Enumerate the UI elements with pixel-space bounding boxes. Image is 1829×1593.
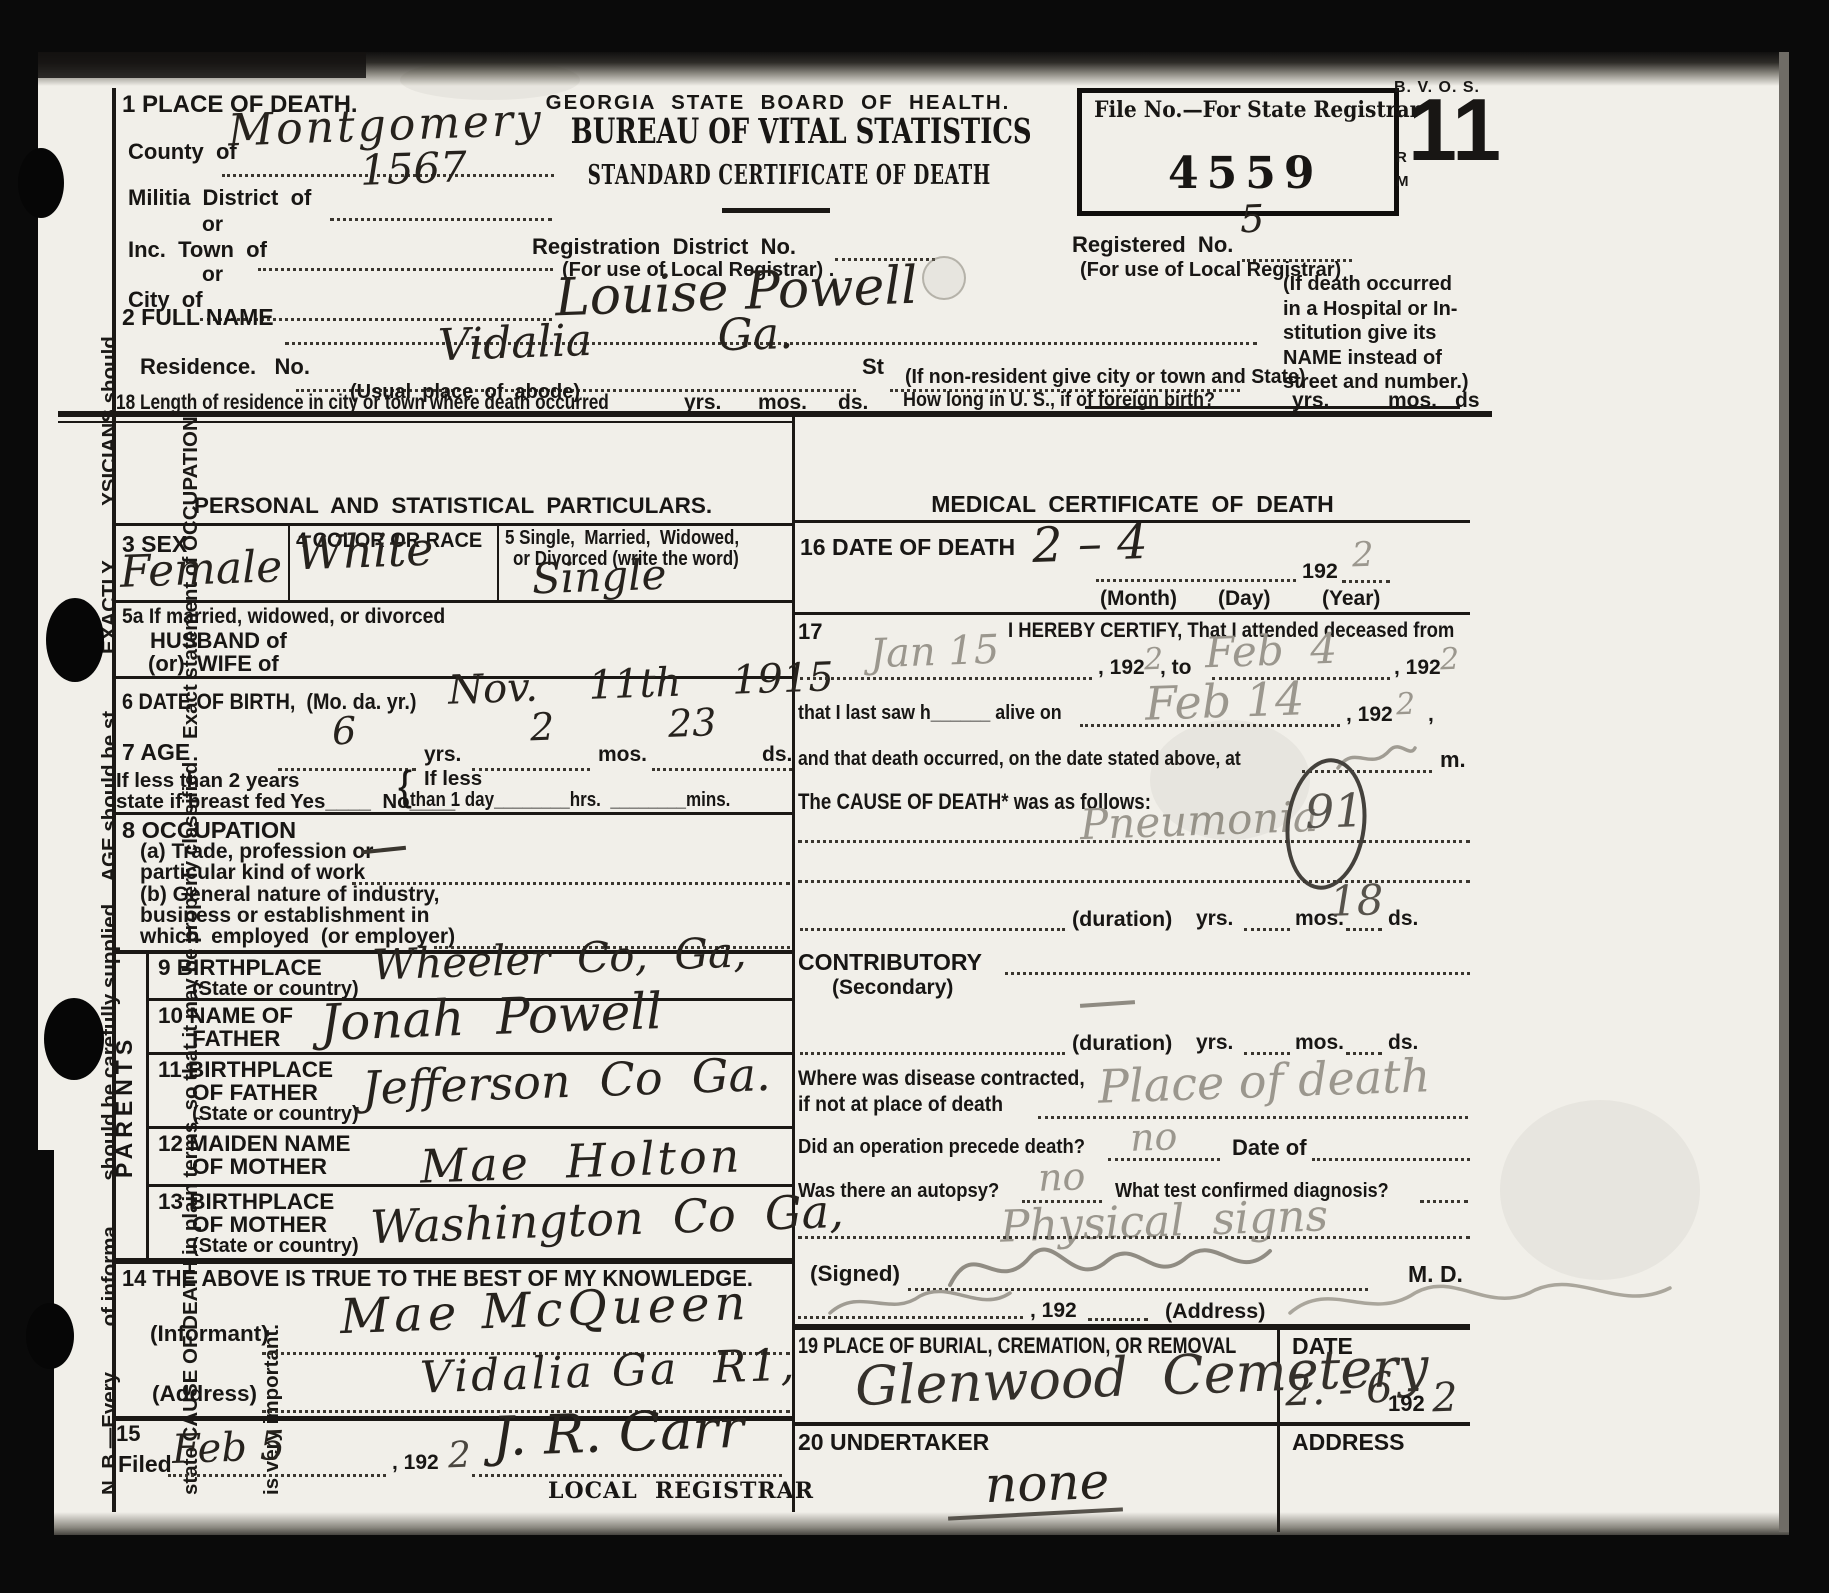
local-registrar-label: LOCAL REGISTRAR	[548, 1480, 814, 1503]
short-rule	[1085, 406, 1460, 409]
or-label: or	[202, 264, 223, 286]
frame-right-shadow	[1779, 52, 1789, 1532]
age-years-value: 6	[331, 712, 356, 751]
undertaker-value: none	[984, 1456, 1110, 1510]
state-country-note: (State or country)	[192, 1236, 359, 1257]
dotted-line	[1108, 1158, 1220, 1161]
contributory-label: CONTRIBUTORY	[798, 950, 982, 974]
county-label: County of	[128, 140, 237, 163]
age-months-value: 2	[529, 708, 554, 747]
occupation-a-label-1: (a) Trade, profession or	[140, 841, 373, 863]
dob-label: 6 DATE OF BIRTH, (Mo. da. yr.)	[122, 690, 416, 713]
marital-label-1: 5 Single, Married, Widowed,	[505, 528, 739, 549]
corner-stamp-m: M	[1396, 174, 1409, 190]
item-17-number: 17	[798, 620, 822, 643]
marital-value: Single	[531, 554, 667, 601]
dotted-line	[168, 1474, 386, 1477]
title-underline	[722, 208, 830, 213]
operation-value: no	[1129, 1117, 1178, 1157]
yrs-label: yrs.	[1196, 1032, 1233, 1054]
month-label: (Month)	[1100, 588, 1177, 610]
ds-label: ds.	[762, 744, 792, 766]
local-registrar-signature: J. R. Carr	[491, 1402, 745, 1465]
rule	[795, 1422, 1470, 1426]
year-printed: , 192	[1394, 657, 1441, 679]
occupation-b-label-2: business or establishment in	[140, 905, 429, 927]
ds-label: ds.	[1388, 908, 1418, 930]
frame-bottom	[0, 1535, 1829, 1593]
militia-district-label: Militia District of	[128, 186, 311, 209]
last-saw-value: Feb 14	[1144, 675, 1305, 727]
dotted-line	[1096, 579, 1296, 582]
date-of-label: Date of	[1232, 1136, 1307, 1159]
dotted-line	[1420, 1200, 1468, 1203]
date-scrawl	[820, 1278, 1020, 1323]
inc-town-label: Inc. Town of	[128, 238, 267, 261]
parents-vertical-label: PARENTS	[112, 954, 146, 1258]
burial-year-digit: 2	[1431, 1378, 1458, 1419]
filed-year-digit: 2	[447, 1438, 471, 1475]
state-country-note: (State or country)	[192, 1104, 359, 1125]
age-label: 7 AGE	[122, 740, 190, 764]
autopsy-value: no	[1037, 1157, 1086, 1197]
year-printed: 192	[1388, 1392, 1425, 1415]
file-number-value: 4559	[1168, 151, 1322, 197]
watermark-circle	[922, 256, 966, 300]
heavy-rule	[795, 1324, 1470, 1330]
dotted-line	[800, 928, 1065, 931]
duration-label: (duration)	[1072, 1032, 1172, 1055]
dotted-line	[472, 1474, 782, 1477]
mos-label: mos.	[598, 744, 647, 766]
or-label: or	[202, 214, 223, 236]
last-saw-label: that I last saw h______ alive on	[798, 702, 1062, 724]
registration-district-label: Registration District No.	[532, 235, 796, 258]
year-printed: , 192	[1346, 704, 1393, 726]
dotted-line	[330, 218, 552, 221]
year-printed: , 192	[1098, 657, 1145, 679]
militia-district-value: 1567	[359, 146, 467, 192]
bureau-title: BUREAU OF VITAL STATISTICS	[571, 114, 985, 151]
to-year-digit: 2	[1439, 645, 1459, 676]
informant-value: Mae McQueen	[339, 1279, 751, 1341]
operation-label: Did an operation precede death?	[798, 1136, 1085, 1158]
heavy-rule	[113, 1258, 793, 1264]
certificate-title: STANDARD CERTIFICATE OF DEATH	[588, 162, 969, 190]
informant-label: (Informant)	[150, 1322, 269, 1346]
yrs-label: yrs.	[424, 744, 461, 766]
married-note: 5a If married, widowed, or divorced	[122, 606, 445, 628]
frame-right	[1789, 0, 1829, 1593]
dotted-line	[1038, 1116, 1468, 1119]
dotted-line	[1346, 928, 1382, 931]
mother-name-label-1: 12 MAIDEN NAME	[158, 1132, 351, 1156]
date-of-death-value: 2 – 4	[1031, 518, 1148, 570]
filed-label: Filed	[118, 1452, 172, 1476]
dotted-line	[1088, 1318, 1148, 1321]
street-label: St	[862, 355, 884, 378]
birthplace-value: Wheeler Co, Ga,	[371, 931, 747, 986]
rule	[146, 1126, 793, 1129]
ink-blot	[44, 998, 104, 1080]
scan-edge-top-left	[36, 50, 366, 78]
disease-contracted-value: Place of death	[1097, 1052, 1431, 1110]
hospital-instruction-note: (If death occurred in a Hospital or In- …	[1283, 272, 1493, 395]
comma: ,	[1428, 704, 1434, 726]
father-name-label-2: FATHER	[192, 1027, 280, 1051]
residence-value: Vidalia Ga.	[437, 312, 793, 368]
filed-date-value: Feb 5	[171, 1426, 285, 1470]
medical-section-heading: MEDICAL CERTIFICATE OF DEATH	[795, 492, 1470, 516]
year-label: (Year)	[1322, 588, 1380, 610]
rule	[795, 612, 1470, 615]
nonresident-note: (If non-resident give city or town and S…	[905, 366, 1305, 388]
dotted-line	[800, 1052, 1065, 1055]
year-printed: , 192	[1030, 1300, 1077, 1322]
occupation-heading: 8 OCCUPATION	[122, 818, 296, 843]
cell-divider	[288, 526, 290, 600]
father-birthplace-label-1: 11 BIRTHPLACE	[158, 1058, 333, 1082]
mother-name-value: Mae Holton	[419, 1132, 743, 1189]
less-than-day-label-2: than 1 day________hrs. ________mins.	[410, 790, 730, 811]
registered-no-label: Registered No.	[1072, 233, 1233, 256]
birthplace-label: 9 BIRTHPLACE	[158, 956, 322, 980]
occupation-b-label-1: (b) General nature of industry,	[140, 884, 439, 906]
rule	[113, 600, 793, 603]
registered-no-value: 5	[1239, 200, 1264, 239]
ink-blot	[26, 1303, 74, 1369]
informant-address-label: (Address)	[152, 1382, 257, 1406]
ink-blot	[18, 148, 64, 218]
residence-label: Residence. No.	[140, 355, 310, 378]
main-horizontal-rule	[58, 411, 1492, 417]
wife-of-label: (or) WIFE of	[148, 652, 279, 675]
scan-smudge	[400, 60, 580, 100]
rule	[113, 523, 793, 526]
husband-of-label: HUSBAND of	[150, 629, 287, 652]
margin-line-1: N. B.—Every of informa should be careful…	[96, 255, 123, 1495]
m-label: m.	[1440, 748, 1466, 771]
secondary-label: (Secondary)	[832, 977, 953, 999]
father-birthplace-label-2: OF FATHER	[192, 1081, 318, 1105]
death-year-digit: 2	[1351, 538, 1374, 573]
dotted-line	[258, 268, 553, 271]
yrs-label: yrs.	[1196, 908, 1233, 930]
ink-blot	[46, 598, 104, 682]
mother-name-label-2: OF MOTHER	[192, 1155, 327, 1179]
father-name-label-1: 10 NAME OF	[158, 1004, 293, 1028]
breastfed-label-1: If less than 2 years	[116, 770, 299, 792]
dotted-line	[1342, 580, 1390, 583]
frame-top	[0, 0, 1829, 52]
corner-stamp-number: 11	[1408, 88, 1501, 172]
less-than-day-label-1: If less	[424, 768, 482, 790]
duration-days-value: 18	[1329, 879, 1384, 923]
duration-label: (duration)	[1072, 908, 1172, 931]
sex-value: Female	[119, 545, 283, 595]
dotted-line	[1244, 928, 1290, 931]
date-of-death-label: 16 DATE OF DEATH	[800, 535, 1015, 559]
dotted-line	[1312, 1158, 1470, 1161]
attended-from-value: Jan 15	[869, 630, 1000, 674]
dotted-line	[652, 768, 792, 771]
race-value: White	[295, 526, 434, 577]
scan-smudge	[1500, 1100, 1700, 1280]
last-saw-year-digit: 2	[1395, 690, 1415, 721]
mother-birthplace-label-1: 13 BIRTHPLACE	[158, 1190, 334, 1214]
scan-smudge	[1150, 720, 1310, 840]
occupation-a-label-2: particular kind of work	[140, 862, 365, 884]
father-birthplace-value: Jefferson Co Ga.	[361, 1051, 771, 1111]
corner-stamp-r: R	[1396, 150, 1407, 166]
dotted-line	[1005, 972, 1470, 975]
undertaker-label: 20 UNDERTAKER	[798, 1430, 989, 1454]
rule	[146, 1184, 793, 1187]
attended-to-value: Feb 4	[1204, 628, 1337, 675]
father-name-value: Jonah Powell	[319, 986, 663, 1048]
file-number-box: File No.—For State Registrar 4559	[1077, 88, 1399, 216]
file-number-box-label: File No.—For State Registrar	[1094, 99, 1372, 122]
autopsy-label: Was there an autopsy?	[798, 1180, 999, 1202]
disease-contracted-label-1: Where was disease contracted,	[798, 1068, 1085, 1090]
address-label: (Address)	[1165, 1300, 1265, 1323]
item-15-number: 15	[116, 1422, 140, 1445]
undertaker-address-label: ADDRESS	[1292, 1430, 1404, 1454]
dotted-line	[800, 677, 1092, 680]
day-label: (Day)	[1218, 588, 1271, 610]
personal-section-heading: PERSONAL AND STATISTICAL PARTICULARS.	[113, 494, 793, 518]
cause-code-value: 91	[1304, 787, 1364, 835]
year-printed: 192	[1302, 560, 1338, 583]
disease-contracted-label-2: if not at place of death	[798, 1094, 1003, 1116]
filed-year-printed: , 192	[392, 1452, 439, 1474]
full-name-label: 2 FULL NAME	[122, 305, 274, 329]
rule	[113, 812, 793, 815]
dotted-line	[798, 840, 1470, 843]
main-horizontal-rule-thin	[58, 421, 792, 423]
dotted-line	[472, 768, 590, 771]
breastfed-label-2: state if breast fed	[116, 791, 286, 813]
cell-divider	[497, 526, 499, 600]
scanned-death-certificate: N. B.—Every of informa should be careful…	[0, 0, 1829, 1593]
mother-birthplace-label-2: OF MOTHER	[192, 1213, 327, 1237]
age-days-value: 23	[667, 703, 717, 743]
informant-address-value: Vidalia Ga R1,	[419, 1343, 798, 1400]
